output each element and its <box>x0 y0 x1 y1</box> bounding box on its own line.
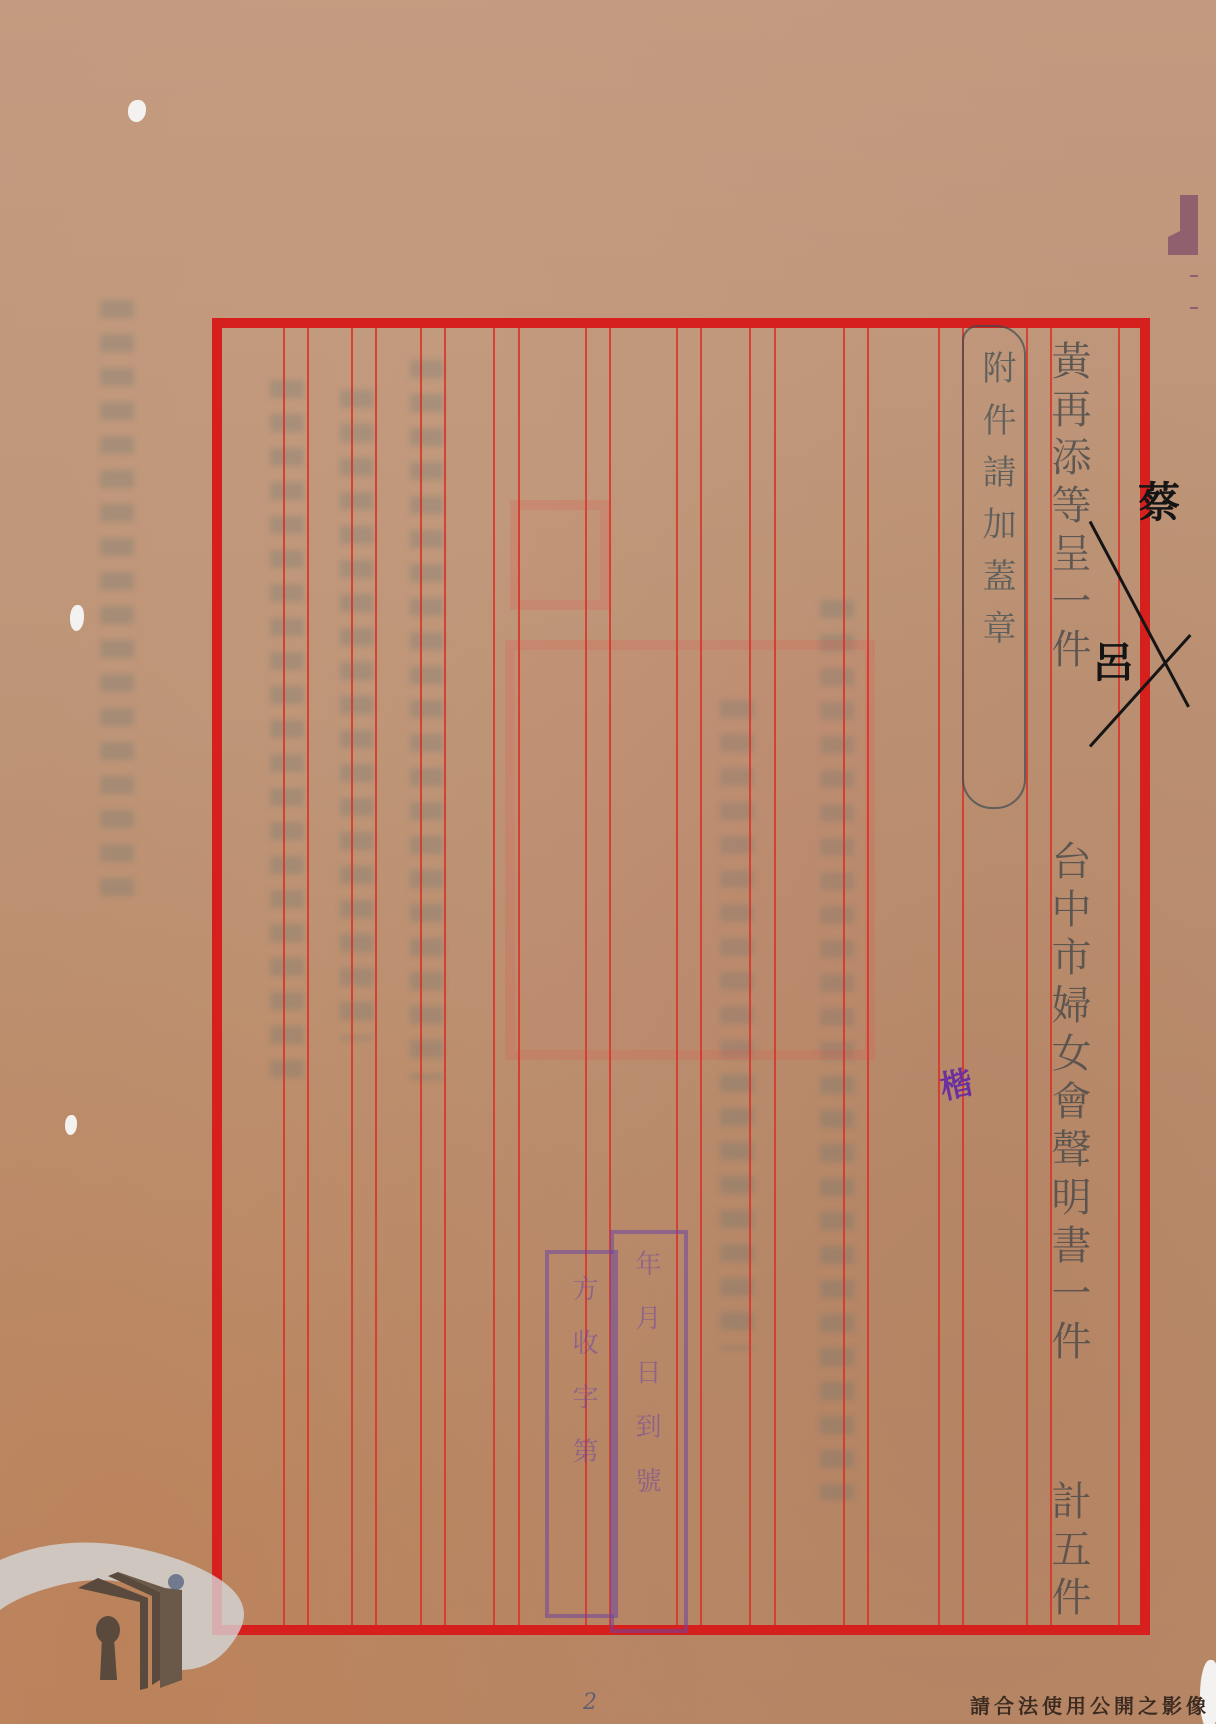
archive-book-keyhole-icon <box>0 1530 250 1690</box>
column-rule <box>774 328 776 1625</box>
paper-damage <box>128 100 146 122</box>
column-rule <box>493 328 495 1625</box>
column-rule <box>867 328 869 1625</box>
signature-mark: 蔡 <box>1126 480 1186 526</box>
signature-mark: 呂 <box>1080 640 1140 686</box>
column-rule <box>749 328 751 1625</box>
main-handwritten-line: 計五件 <box>1048 1480 1088 1624</box>
copyright-notice: 請合法使用公開之影像 <box>970 1690 1210 1719</box>
paper-damage <box>70 605 84 631</box>
edge-mark <box>1190 275 1198 309</box>
stamp-text: 方 收 字 第 <box>565 1275 602 1474</box>
edge-mark <box>1168 195 1198 255</box>
archival-document-page: 黃再添等呈一件 台中市婦女會聲明書一件 計五件 附件請加蓋章 蔡 呂 楷 方 收… <box>0 0 1216 1724</box>
column-rule <box>518 328 520 1625</box>
bleed-through-text <box>100 300 134 900</box>
column-rule <box>420 328 422 1625</box>
column-rule <box>843 328 845 1625</box>
column-rule <box>444 328 446 1625</box>
column-rule <box>1026 328 1028 1625</box>
page-number: 2 <box>583 1690 597 1715</box>
column-rule <box>1118 328 1120 1625</box>
column-rule <box>700 328 702 1625</box>
column-rule <box>938 328 940 1625</box>
main-handwritten-line: 台中市婦女會聲明書一件 <box>1048 840 1088 1368</box>
column-rule <box>307 328 309 1625</box>
stamp-text: 年 月 日 到 號 <box>628 1250 665 1503</box>
annotation-text: 附件請加蓋章 <box>972 350 1021 662</box>
column-rule <box>375 328 377 1625</box>
column-rule <box>283 328 285 1625</box>
main-handwritten-line: 黃再添等呈一件 <box>1048 340 1088 676</box>
paper-damage <box>65 1115 77 1135</box>
column-rule <box>351 328 353 1625</box>
